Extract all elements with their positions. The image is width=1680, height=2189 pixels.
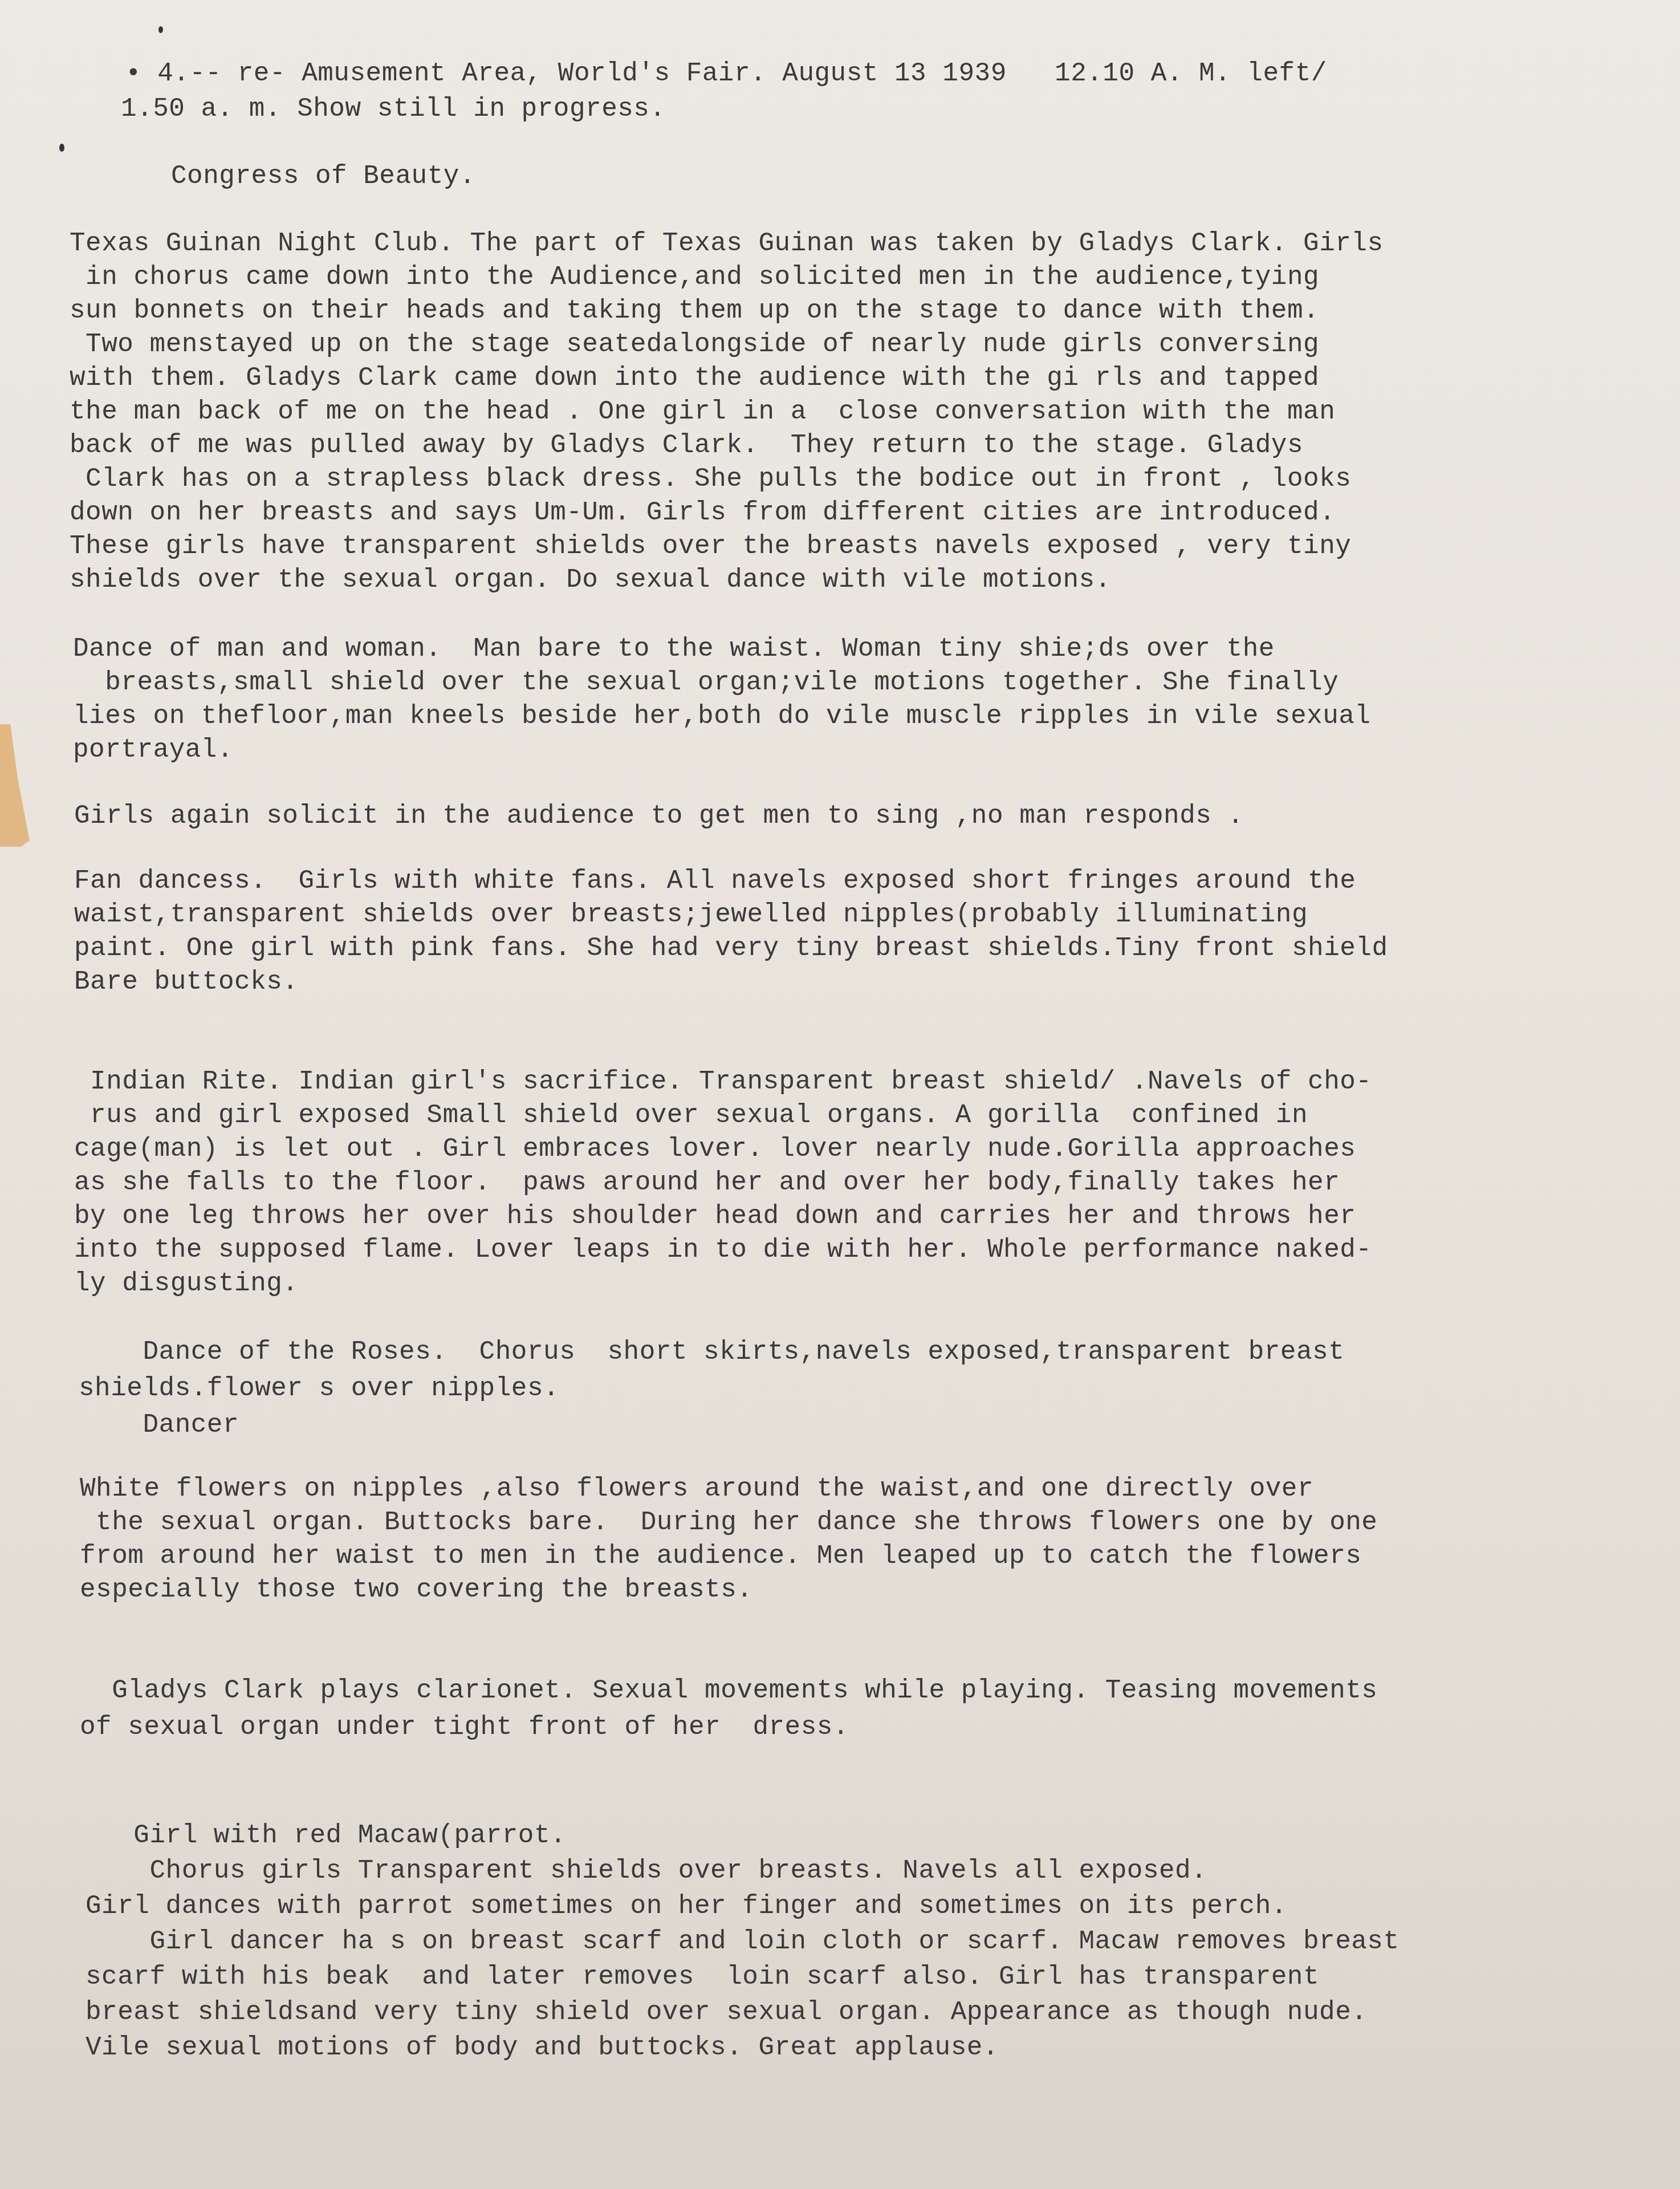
text-line: These girls have transparent shields ove… [70,533,1351,559]
text-line: Girl dancer ha s on breast scarf and loi… [86,1928,1400,1955]
text-line: Dance of man and woman. Man bare to the … [73,636,1275,662]
text-line: breast shieldsand very tiny shield over … [86,1999,1367,2025]
text-line: White flowers on nipples ,also flowers a… [80,1476,1313,1502]
text-line: Bare buttocks. [74,969,298,995]
text-line: the man back of me on the head . One gir… [70,399,1335,425]
text-line: shields.flower s over nipples. [79,1375,559,1402]
text-line: of sexual organ under tight front of her… [80,1714,849,1740]
text-line: in chorus came down into the Audience,an… [70,264,1319,290]
text-line: into the supposed flame. Lover leaps in … [74,1237,1372,1263]
text-line: Dancer [79,1412,239,1438]
header-line: • 4.-- re- Amusement Area, World's Fair.… [125,60,1327,87]
text-line: Chorus girls Transparent shields over br… [86,1858,1207,1884]
text-line: Girls again solicit in the audience to g… [74,803,1244,829]
text-line: portrayal. [73,737,233,763]
text-line: with them. Gladys Clark came down into t… [70,365,1319,391]
text-line: scarf with his beak and later removes lo… [86,1964,1319,1990]
text-line: as she falls to the floor. paws around h… [74,1169,1340,1196]
text-line: lies on thefloor,man kneels beside her,b… [73,703,1370,729]
text-line: by one leg throws her over his shoulder … [74,1203,1356,1229]
text-line: the sexual organ. Buttocks bare. During … [80,1509,1377,1536]
text-line: from around her waist to men in the audi… [80,1543,1361,1569]
text-line: sun bonnets on their heads and taking th… [70,298,1319,324]
ink-mark [158,26,163,33]
text-line: Gladys Clark plays clarionet. Sexual mov… [80,1678,1377,1704]
text-line: Girl with red Macaw(parrot. [86,1822,566,1849]
text-line: Indian Rite. Indian girl's sacrifice. Tr… [74,1069,1372,1095]
text-line: Texas Guinan Night Club. The part of Tex… [70,230,1384,257]
text-line: Dance of the Roses. Chorus short skirts,… [79,1339,1344,1365]
text-line: back of me was pulled away by Gladys Cla… [70,432,1303,458]
typewritten-page: • 4.-- re- Amusement Area, World's Fair.… [0,0,1680,2189]
header-line: 1.50 a. m. Show still in progress. [121,96,666,122]
text-line: breasts,small shield over the sexual org… [73,669,1339,696]
text-line: rus and girl exposed Small shield over s… [74,1102,1308,1128]
text-line: paint. One girl with pink fans. She had … [74,935,1388,961]
text-line: Two menstayed up on the stage seatedalon… [70,331,1319,358]
section-title: Congress of Beauty. [171,163,475,189]
text-line: Vile sexual motions of body and buttocks… [86,2034,999,2061]
text-line: waist,transparent shields over breasts;j… [74,901,1308,928]
text-line: Clark has on a strapless black dress. Sh… [70,466,1351,492]
text-line: especially those two covering the breast… [80,1577,752,1603]
ink-mark [59,144,64,152]
text-line: shields over the sexual organ. Do sexual… [70,567,1111,593]
tape-stain [0,724,30,847]
text-line: Fan dancess. Girls with white fans. All … [74,868,1356,894]
text-line: Girl dances with parrot sometimes on her… [86,1893,1287,1919]
text-line: cage(man) is let out . Girl embraces lov… [74,1136,1356,1162]
text-line: down on her breasts and says Um-Um. Girl… [70,499,1335,526]
text-line: ly disgusting. [74,1270,298,1297]
